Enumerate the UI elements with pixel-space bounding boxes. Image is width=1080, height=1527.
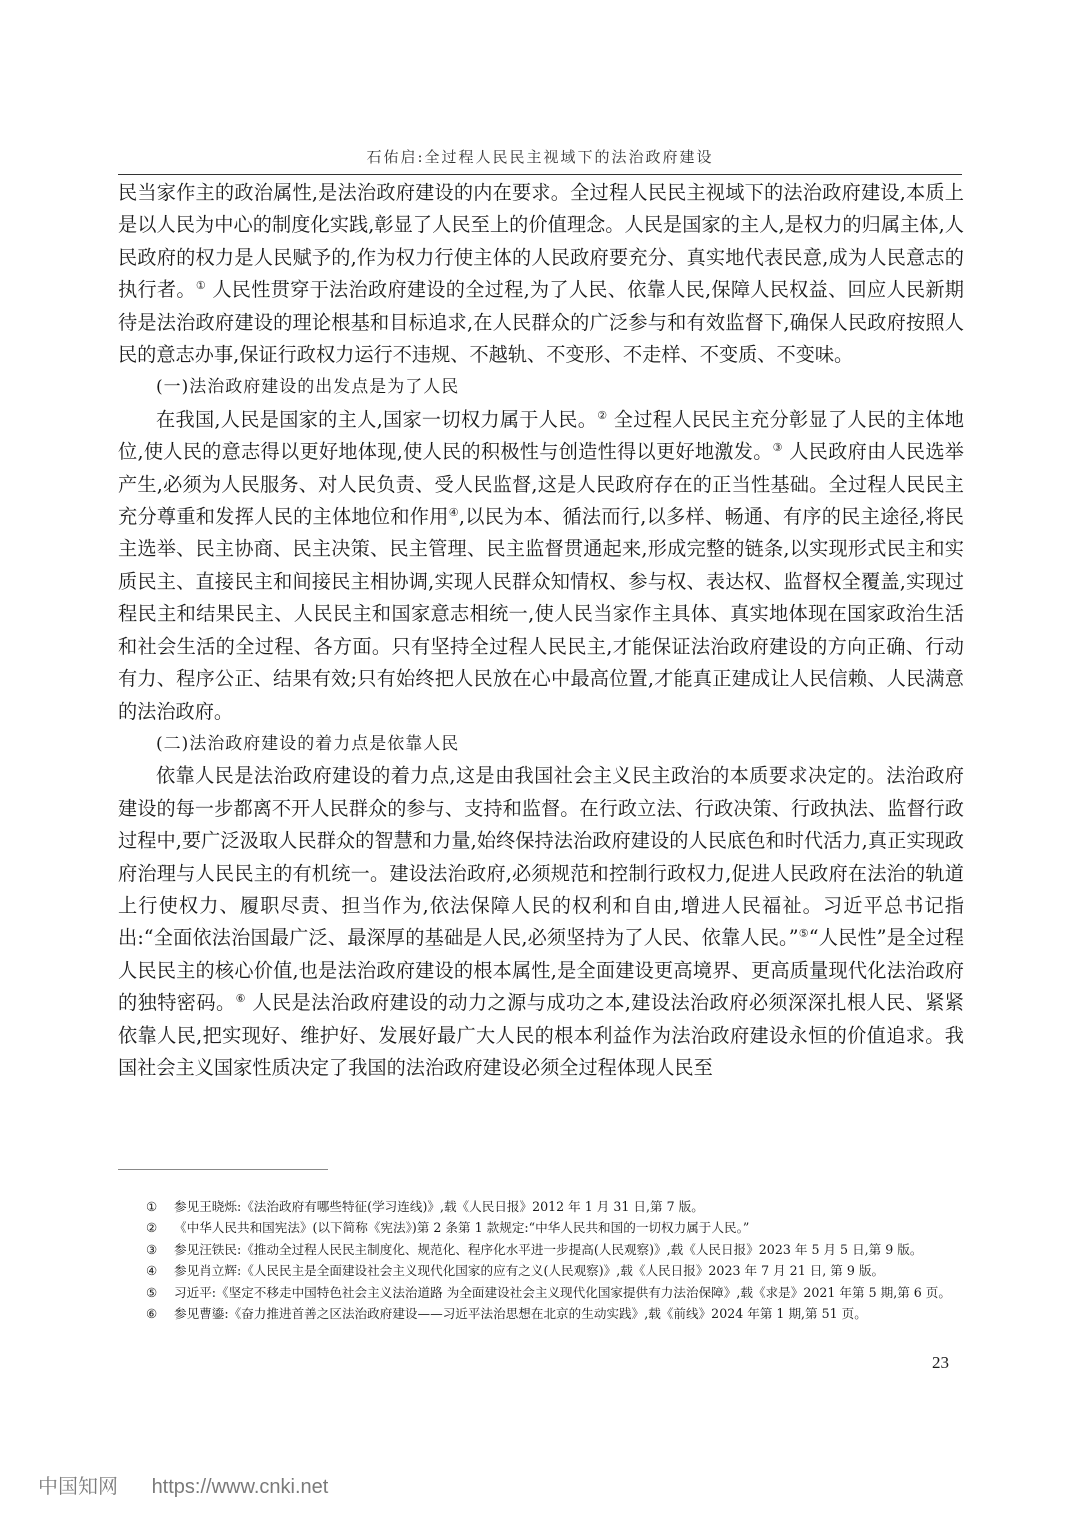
footnote-rule [118, 1169, 328, 1170]
section-heading: (一)法治政府建设的出发点是为了人民 [118, 371, 964, 403]
footnote-mark: ⑥ [146, 1303, 174, 1324]
footnote-text: 参见汪铁民:《推动全过程人民民主制度化、规范化、程序化水平进一步提高(人民观察)… [174, 1242, 922, 1257]
watermark-url[interactable]: https://www.cnki.net [152, 1476, 329, 1498]
running-head-title: 石佑启:全过程人民民主视域下的法治政府建设 [118, 146, 962, 167]
footnote-item: ④参见肖立辉:《人民民主是全面建设社会主义现代化国家的应有之义(人民观察)》,载… [118, 1260, 964, 1281]
footnote-text: 《中华人民共和国宪法》(以下简称《宪法》)第 2 条第 1 款规定:“中华人民共… [174, 1220, 749, 1235]
footnote-text: 习近平:《坚定不移走中国特色社会主义法治道路 为全面建设社会主义现代化国家提供有… [174, 1285, 951, 1300]
footnote-text: 参见曹鎏:《奋力推进首善之区法治政府建设——习近平法治思想在北京的生动实践》,载… [174, 1306, 867, 1321]
footnote-mark: ④ [146, 1260, 174, 1281]
footnote-item: ⑤习近平:《坚定不移走中国特色社会主义法治道路 为全面建设社会主义现代化国家提供… [118, 1282, 964, 1303]
footnote-reference[interactable]: ④ [449, 506, 459, 519]
watermark-brand: 中国知网 [38, 1476, 118, 1498]
footnote-reference[interactable]: ⑥ [236, 992, 246, 1005]
header-rule [118, 174, 962, 175]
footnote-mark: ② [146, 1217, 174, 1238]
footnote-mark: ① [146, 1196, 174, 1217]
footnote-reference[interactable]: ① [196, 279, 206, 292]
footnote-text: 参见肖立辉:《人民民主是全面建设社会主义现代化国家的应有之义(人民观察)》,载《… [174, 1263, 884, 1278]
section-heading: (二)法治政府建设的着力点是依靠人民 [118, 728, 964, 760]
footnote-text: 参见王晓烁:《法治政府有哪些特征(学习连线)》,载《人民日报》2012 年 1 … [174, 1199, 704, 1214]
footnote-item: ③参见汪铁民:《推动全过程人民民主制度化、规范化、程序化水平进一步提高(人民观察… [118, 1239, 964, 1260]
footnote-mark: ③ [146, 1239, 174, 1260]
body-paragraph: 依靠人民是法治政府建设的着力点,这是由我国社会主义民主政治的本质要求决定的。法治… [118, 760, 964, 1084]
footnote-item: ②《中华人民共和国宪法》(以下简称《宪法》)第 2 条第 1 款规定:“中华人民… [118, 1217, 964, 1238]
article-body: 民当家作主的政治属性,是法治政府建设的内在要求。全过程人民民主视域下的法治政府建… [118, 177, 964, 1084]
body-paragraph: 民当家作主的政治属性,是法治政府建设的内在要求。全过程人民民主视域下的法治政府建… [118, 177, 964, 371]
footnotes: ①参见王晓烁:《法治政府有哪些特征(学习连线)》,载《人民日报》2012 年 1… [118, 1196, 964, 1324]
page-number: 23 [932, 1353, 949, 1373]
footnote-item: ⑥参见曹鎏:《奋力推进首善之区法治政府建设——习近平法治思想在北京的生动实践》,… [118, 1303, 964, 1324]
footnote-item: ①参见王晓烁:《法治政府有哪些特征(学习连线)》,载《人民日报》2012 年 1… [118, 1196, 964, 1217]
footnote-mark: ⑤ [146, 1282, 174, 1303]
cnki-watermark: 中国知网 https://www.cnki.net [38, 1470, 328, 1499]
footnote-reference[interactable]: ② [597, 409, 607, 422]
footnote-reference[interactable]: ⑤ [799, 927, 809, 940]
footnote-reference[interactable]: ③ [773, 441, 783, 454]
body-paragraph: 在我国,人民是国家的主人,国家一切权力属于人民。② 全过程人民民主充分彰显了人民… [118, 404, 964, 728]
